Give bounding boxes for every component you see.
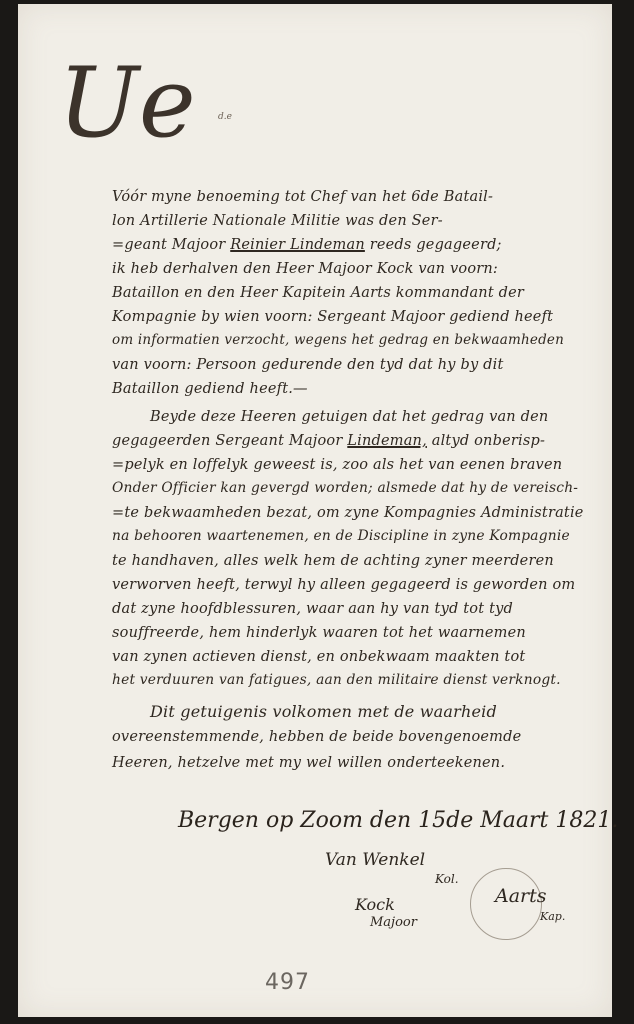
text-segment: gegageerden Sergeant Majoor — [112, 433, 342, 449]
place-and-date: Bergen op Zoom den 15de Maart 1821. — [178, 808, 618, 833]
salutation-superscript: d.e — [218, 112, 232, 122]
text-line-7: om informatien verzocht, wegens het gedr… — [112, 334, 607, 348]
text-line-5: Bataillon en den Heer Kapitein Aarts kom… — [112, 286, 607, 301]
text-line-3: =geant Majoor Reinier Lindeman reeds geg… — [112, 238, 607, 253]
text-line-18: dat zyne hoofdblessuren, waar aan hy van… — [112, 602, 607, 617]
subject-surname: Lindeman, — [347, 433, 427, 449]
text-line-16: te handhaven, alles welk hem de achting … — [112, 554, 607, 569]
text-line-24: Heeren, hetzelve met my wel willen onder… — [112, 756, 607, 771]
text-line-11: gegageerden Sergeant Majoor Lindeman, al… — [112, 434, 607, 449]
signature-title: Kol. — [435, 872, 459, 886]
text-line-8: van voorn: Persoon gedurende den tyd dat… — [112, 358, 607, 373]
text-line-13: Onder Officier kan gevergd worden; alsme… — [112, 482, 607, 496]
text-line-4: ik heb derhalven den Heer Majoor Kock va… — [112, 262, 607, 277]
text-line-12: =pelyk en loffelyk geweest is, zoo als h… — [112, 458, 607, 473]
archive-number: 497 — [265, 970, 310, 995]
text-segment: =geant Majoor — [112, 237, 225, 253]
signature-name: Aarts — [495, 885, 547, 907]
text-line-19: souffreerde, hem hinderlyk waaren tot he… — [112, 626, 607, 641]
text-line-15: na behooren waartenemen, en de Disciplin… — [112, 530, 607, 544]
text-line-14: =te bekwaamheden bezat, om zyne Kompagni… — [112, 506, 607, 521]
signature-name: Kock — [355, 895, 395, 914]
text-line-1: Vóór myne benoeming tot Chef van het 6de… — [112, 190, 607, 205]
text-line-9: Bataillon gediend heeft.— — [112, 382, 607, 397]
salutation-initial: Ue — [58, 55, 196, 151]
text-segment: reeds gegageerd; — [370, 237, 502, 253]
text-line-6: Kompagnie by wien voorn: Sergeant Majoor… — [112, 310, 607, 325]
text-segment: altyd onberisp- — [432, 433, 545, 449]
signature-title: Kap. — [540, 910, 565, 923]
signature-title: Majoor — [370, 915, 417, 930]
signature-name: Van Wenkel — [325, 850, 425, 870]
text-line-21: het verduuren van fatigues, aan den mili… — [112, 674, 607, 688]
text-line-23: overeenstemmende, hebben de beide boveng… — [112, 730, 607, 745]
text-line-10: Beyde deze Heeren getuigen dat het gedra… — [150, 410, 634, 425]
text-line-22: Dit getuigenis volkomen met de waarheid — [150, 704, 634, 720]
text-line-17: verworven heeft, terwyl hy alleen gegage… — [112, 578, 607, 593]
text-line-2: lon Artillerie Nationale Militie was den… — [112, 214, 607, 229]
text-line-20: van zynen actieven dienst, en onbekwaam … — [112, 650, 607, 665]
subject-name: Reinier Lindeman — [230, 237, 365, 253]
